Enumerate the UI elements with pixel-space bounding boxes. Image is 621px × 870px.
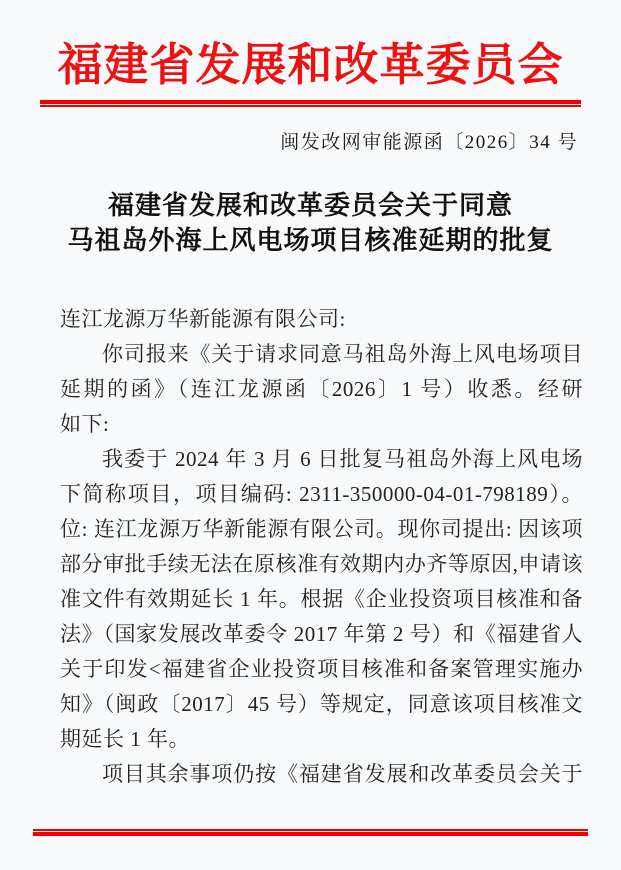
official-document-page: 福建省发展和改革委员会 闽发改网审能源函〔2026〕34 号 福建省发展和改革委… [0, 0, 621, 870]
body-line: 我委于 2024 年 3 月 6 日批复马祖岛外海上风电场项目（以 [60, 442, 583, 477]
body-line: 位: 连江龙源万华新能源有限公司。现你司提出: 因该项目开工 [60, 512, 583, 547]
letterhead-agency-title: 福建省发展和改革委员会 [0, 28, 621, 93]
body-line: 法》（国家发展改革委令 2017 年第 2 号）和《福建省人民政府 [60, 617, 583, 652]
body-line: 你司报来《关于请求同意马祖岛外海上风电场项目核准批复 [60, 337, 583, 372]
body-line: 准文件有效期延长 1 年。根据《企业投资项目核准和备案管理办 [60, 582, 583, 617]
body-line: 如下: [60, 407, 583, 442]
body-line: 期延长 1 年。 [60, 722, 583, 757]
body-line: 知》（闽政〔2017〕45 号）等规定，同意该项目核准文件有效 [60, 687, 583, 722]
body-line: 延期的函》（连江龙源函〔2026〕1 号）收悉。经研究，现批复 [60, 372, 583, 407]
footer-divider [33, 829, 588, 836]
document-reference-number: 闽发改网审能源函〔2026〕34 号 [0, 127, 578, 154]
footer-divider-thick-line [33, 832, 588, 836]
document-title: 福建省发展和改革委员会关于同意 马祖岛外海上风电场项目核准延期的批复 [0, 188, 621, 258]
letterhead-divider [40, 100, 581, 107]
document-body: 连江龙源万华新能源有限公司:你司报来《关于请求同意马祖岛外海上风电场项目核准批复… [60, 302, 583, 792]
body-line: 关于印发<福建省企业投资项目核准和备案管理实施办法>的通 [60, 652, 583, 687]
body-line: 下简称项目，项目编码: 2311-350000-04-01-798189）。项目… [60, 477, 583, 512]
letterhead-divider-thin-line [40, 105, 581, 107]
document-title-line1: 福建省发展和改革委员会关于同意 [0, 188, 621, 223]
document-title-line2: 马祖岛外海上风电场项目核准延期的批复 [0, 223, 621, 258]
body-line: 连江龙源万华新能源有限公司: [60, 302, 583, 337]
body-line: 部分审批手续无法在原核准有效期内办齐等原因,申请该项目核 [60, 547, 583, 582]
body-line: 项目其余事项仍按《福建省发展和改革委员会关于同意马祖 [60, 757, 583, 792]
